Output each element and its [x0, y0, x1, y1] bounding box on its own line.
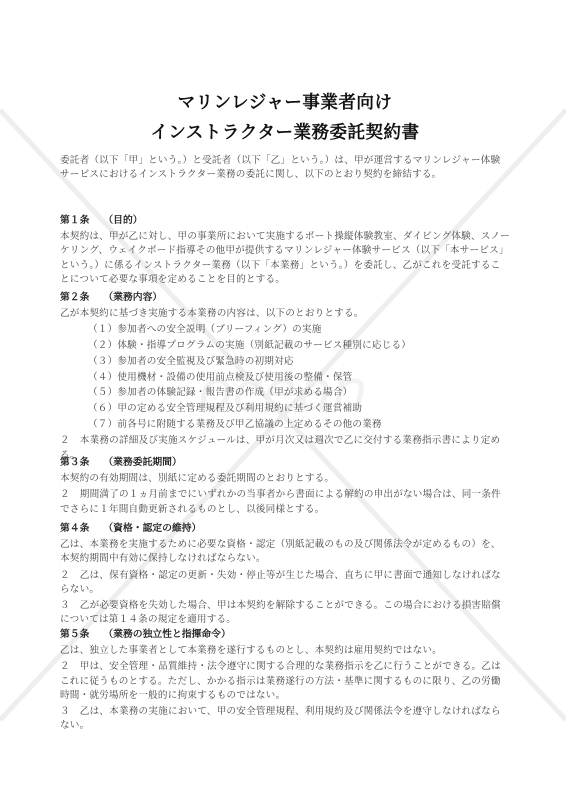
- clause-number: ２: [60, 570, 70, 581]
- document-title: マリンレジャー事業者向け インストラクター業務委託契約書: [60, 88, 510, 148]
- article-paragraph: 乙が本契約に基づき実施する本業務の内容は、以下のとおりとする。: [60, 307, 510, 321]
- clause-number: ２: [60, 661, 70, 672]
- article-number: 第１条: [60, 215, 89, 226]
- article-paragraph: 乙は、独立した事業者として本業務を遂行するものとし、本契約は雇用契約ではない。: [60, 644, 510, 658]
- title-line-1: マリンレジャー事業者向け: [60, 88, 510, 118]
- clause: ３乙は、本業務の実施において、甲の安全管理規程、利用規約及び関係法令を遵守しなけ…: [60, 705, 510, 734]
- article-title: （業務内容）: [103, 292, 162, 303]
- article-title: （業務委託期間）: [103, 457, 181, 468]
- clause-text: 乙が必要資格を失効した場合、甲は本契約を解除することができる。この場合における損…: [60, 600, 501, 625]
- clause-number: ３: [60, 600, 70, 611]
- list-item: （５）参加者の体験記録・報告書の作成（甲が求める場合）: [88, 386, 510, 400]
- article-3: 第３条（業務委託期間） 本契約の有効期間は、別紙に定める委託期間のとおりとする。…: [60, 456, 510, 517]
- clause-text: 乙は、保有資格・認定の更新・失効・停止等が生じた場合、直ちに甲に書面で通知しなけ…: [60, 570, 501, 595]
- article-number: 第４条: [60, 523, 89, 534]
- article-heading: 第４条（資格・認定の維持）: [60, 522, 510, 536]
- article-heading: 第２条（業務内容）: [60, 291, 510, 305]
- article-2: 第２条（業務内容） 乙が本契約に基づき実施する本業務の内容は、以下のとおりとする…: [60, 291, 510, 463]
- clause-text: 甲は、安全管理・品質維持・法令遵守に関する合理的な業務指示を乙に行うことができる…: [60, 661, 501, 701]
- list-item: （７）前各号に附随する業務及び甲乙協議の上定めるその他の業務: [88, 418, 510, 432]
- article-paragraph: 乙は、本業務を実施するために必要な資格・認定（別紙記載のもの及び関係法令が定める…: [60, 538, 510, 567]
- task-list: （１）参加者への安全説明（ブリーフィング）の実施 （２）体験・指導プログラムの実…: [60, 323, 510, 432]
- article-number: 第５条: [60, 629, 89, 640]
- article-title: （業務の独立性と指揮命令）: [103, 629, 230, 640]
- clause: ２乙は、保有資格・認定の更新・失効・停止等が生じた場合、直ちに甲に書面で通知しな…: [60, 569, 510, 598]
- list-item: （１）参加者への安全説明（ブリーフィング）の実施: [88, 323, 510, 337]
- clause-text: 期間満了の１ヵ月前までにいずれかの当事者から書面による解約の申出がない場合は、同…: [60, 489, 501, 514]
- clause: ３乙が必要資格を失効した場合、甲は本契約を解除することができる。この場合における…: [60, 599, 510, 628]
- article-1: 第１条（目的） 本契約は、甲が乙に対し、甲の事業所において実施するボート操縦体験…: [60, 214, 510, 287]
- list-item: （３）参加者の安全監視及び緊急時の初期対応: [88, 355, 510, 369]
- list-item: （６）甲の定める安全管理規程及び利用規約に基づく運営補助: [88, 402, 510, 416]
- article-heading: 第５条（業務の独立性と指揮命令）: [60, 628, 510, 642]
- article-4: 第４条（資格・認定の維持） 乙は、本業務を実施するために必要な資格・認定（別紙記…: [60, 522, 510, 628]
- clause-text: 乙は、本業務の実施において、甲の安全管理規程、利用規約及び関係法令を遵守しなけれ…: [60, 706, 501, 731]
- article-heading: 第３条（業務委託期間）: [60, 456, 510, 470]
- article-number: 第３条: [60, 457, 89, 468]
- title-line-2: インストラクター業務委託契約書: [60, 118, 510, 148]
- clause-number: ２: [60, 435, 70, 446]
- article-5: 第５条（業務の独立性と指揮命令） 乙は、独立した事業者として本業務を遂行するもの…: [60, 628, 510, 734]
- article-paragraph: 本契約は、甲が乙に対し、甲の事業所において実施するボート操縦体験教室、ダイビング…: [60, 230, 510, 287]
- list-item: （４）使用機材・設備の使用前点検及び使用後の整備・保管: [88, 371, 510, 385]
- article-paragraph: 本契約の有効期間は、別紙に定める委託期間のとおりとする。: [60, 472, 510, 486]
- article-title: （目的）: [103, 215, 142, 226]
- article-title: （資格・認定の維持）: [103, 523, 201, 534]
- list-item: （２）体験・指導プログラムの実施（別紙記載のサービス種別に応じる）: [88, 339, 510, 353]
- article-number: 第２条: [60, 292, 89, 303]
- clause-number: ２: [60, 489, 70, 500]
- clause-number: ３: [60, 706, 70, 717]
- article-heading: 第１条（目的）: [60, 214, 510, 228]
- intro-paragraph: 委託者（以下「甲」という。）と受託者（以下「乙」という。）は、甲が運営するマリン…: [60, 154, 510, 183]
- clause: ２期間満了の１ヵ月前までにいずれかの当事者から書面による解約の申出がない場合は、…: [60, 488, 510, 517]
- clause: ２甲は、安全管理・品質維持・法令遵守に関する合理的な業務指示を乙に行うことができ…: [60, 660, 510, 703]
